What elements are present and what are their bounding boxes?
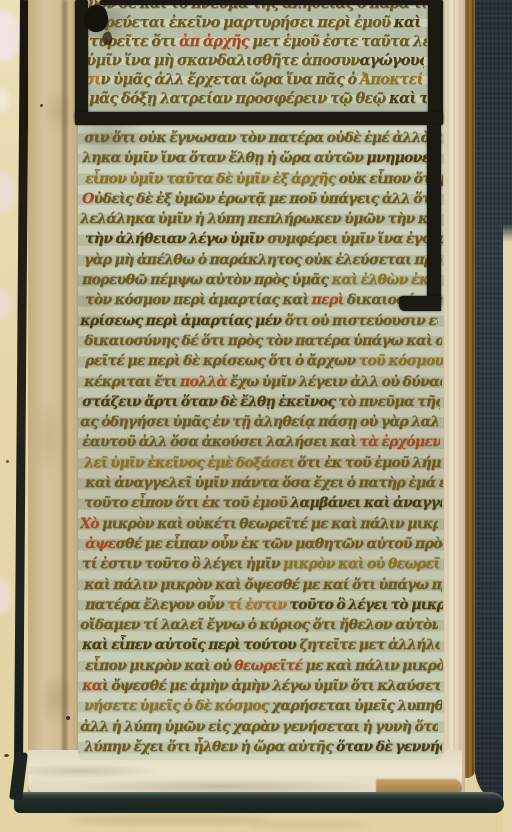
script-segment: κρίσεως περὶ ἁμαρτίας μέν: [80, 313, 284, 329]
script-segment: ν ὑμᾶς ἀλλ ἔρχεται ὥρα ἵνα πᾶς ὁ: [100, 71, 356, 88]
script-segment: ἀπ ἀρχῆς: [176, 33, 253, 50]
script-segment: καὶ πάλιν μικρὸν καὶ ὄψεσθέ με καί ὅτι ὑ…: [84, 577, 442, 593]
script-segment: τὴν ἀλήθειαν λέγω ὑμῖν: [85, 231, 267, 247]
script-segment: ὐδεὶς δὲ ἐξ ὑμῶν ἐρωτᾷ με ποῦ ὑπάγεις ἀλ…: [94, 191, 441, 207]
script-segment: κα: [82, 678, 102, 694]
background-stain: [0, 172, 14, 212]
script-segment: λελάληκα ὑμῖν ἡ λύπη πεπλήρωκεν ὑμῶν τὴν…: [80, 211, 438, 227]
script-segment: καὶ ἀναγγελεῖ ὑμῖν πάντα ὅσα ἔχει ὁ πατὴ…: [85, 475, 443, 491]
script-segment: σθέ με εἶπαν οὖν ἐκ τῶν μαθητῶν αὐτοῦ πρ…: [115, 536, 443, 552]
script-line: σιν ὅτι οὐκ ἔγνωσαν τὸν πατέρα οὐδὲ ἐμέ …: [84, 128, 442, 148]
ink-speck: [4, 754, 9, 757]
script-segment: θεωρεῖτέ: [231, 658, 305, 674]
book-cover-left-edge: [14, 0, 29, 797]
script-segment: μετ ἐμοῦ ἐστε ταῦτα λελάλ: [252, 33, 427, 50]
script-line: μᾶς δόξῃ λατρείαν προσφέρειν τῷ θεῷ καὶ …: [89, 89, 427, 108]
script-segment: ὅτι οὐ πιστεύουσιν εἰς ἐμέ περὶ: [284, 313, 438, 329]
script-segment: μικρὸν καὶ οὐ θεωρεῖτέ με: [283, 556, 440, 572]
script-segment: λύπην ἔχει ὅτι ἦλθεν ἡ ὥρα αὐτῆς: [84, 739, 336, 755]
script-line: στάζειν ἄρτι ὅταν δὲ ἔλθῃ ἐκεῖνος τὸ πνε…: [82, 392, 440, 412]
script-line: εἶπον μικρὸν καὶ οὐ θεωρεῖτέ με καὶ πάλι…: [85, 656, 443, 676]
script-segment: τί ἐστιν τοῦτο ὃ λέγει ἡμῖν: [82, 556, 283, 572]
script-segment: νήσετε ὑμεῖς ὁ δὲ κόσμος: [84, 698, 272, 714]
background-stain: [250, 821, 370, 829]
script-line: λελάληκα ὑμῖν ἡ λύπη πεπλήρωκεν ὑμῶν τὴν…: [80, 209, 438, 229]
script-segment: γὰρ μὴ ἀπέλθω ὁ παράκλητος οὐκ ἐλεύσεται…: [84, 252, 442, 268]
right-page-edge-strip: [441, 0, 465, 792]
script-segment: συμφέρει ὑμῖν ἵνα ἐγὼ ἀπέλθω ἐὰν: [267, 231, 443, 247]
script-line: σιν ὑμᾶς ἀλλ ἔρχεται ὥρα ἵνα πᾶς ὁ Ἀποκτ…: [84, 70, 422, 89]
script-segment: ἑαυτοῦ ἀλλ ὅσα ἀκούσει λαλήσει καὶ: [82, 434, 356, 450]
script-segment: ὶ ὄψεσθέ με ἀμὴν ἀμὴν λέγω ὑμῖν ὅτι κλαύ…: [102, 678, 440, 694]
background-stain: [0, 288, 10, 320]
background-stain: [0, 578, 12, 614]
script-segment: με καὶ πάλιν μικρὸν καὶ: [305, 658, 443, 674]
script-segment: τὰ ἐρχόμενα: [356, 434, 440, 450]
script-segment: τυρεῖτε ὅτι: [89, 33, 176, 50]
ink-speck: [6, 460, 9, 463]
background-stain: [0, 88, 10, 114]
frame-border-top: [100, 0, 438, 5]
script-line: καὶ πάλιν μικρὸν καὶ ὄψεσθέ με καί ὅτι ὑ…: [84, 575, 442, 595]
script-segment: ὑμῖν ἵνα μὴ σκανδαλισθῆτε ἀποσυν: [86, 52, 359, 69]
book-fore-edge-pages: [464, 0, 475, 778]
main-block-lines: σιν ὅτι οὐκ ἔγνωσαν τὸν πατέρα οὐδὲ ἐμέ …: [84, 128, 442, 757]
script-segment: τοῦτο ὃ λέγει τὸ μικρόν οὐκ: [289, 597, 443, 613]
frame-border-right-main: [427, 124, 441, 305]
ink-speck: [66, 716, 70, 720]
script-segment: τοῦτο εἶπον ὅτι ἐκ τοῦ ἐμοῦ: [84, 495, 290, 511]
script-line: ρεῖτέ με περὶ δὲ κρίσεως ὅτι ὁ ἄρχων τοῦ…: [85, 351, 443, 371]
script-line: λεῖ ὑμῖν ἐκεῖνος ἐμὲ δοξάσει ὅτι ἐκ τοῦ …: [84, 453, 442, 473]
script-line: καὶ εἶπεν αὐτοῖς περὶ τούτου ζητεῖτε μετ…: [82, 635, 440, 655]
script-segment: εἶπον ὑμῖν ταῦτα δὲ ὑμῖν ἐξ ἀρχῆς: [85, 171, 339, 187]
script-segment: χαρήσεται ὑμεῖς λυπηθήσεσθε: [272, 698, 442, 714]
script-segment: ἀλλ ἡ λύπη ὑμῶν εἰς χαρὰν γενήσεται ἡ γυ…: [80, 719, 438, 735]
script-segment: ὅταν δὲ γεννήσῃ τὸ παι: [336, 739, 442, 755]
script-segment: ας ὁδηγήσει ὑμᾶς ἐν τῇ ἀληθείᾳ πάσῃ οὐ γ…: [80, 414, 438, 430]
background-stain: [0, 10, 20, 62]
script-segment: πορευθῶ πέμψω αὐτὸν πρὸς ὑμᾶς: [82, 272, 331, 288]
page-crease-shadow: [60, 0, 69, 790]
script-line: πορεύεται ἐκεῖνο μαρτυρήσει περὶ ἐμοῦ κα…: [86, 13, 424, 32]
script-line: Οὐδεὶς δὲ ἐξ ὑμῶν ἐρωτᾷ με ποῦ ὑπάγεις ἀ…: [82, 189, 440, 209]
script-segment: καὶ ἐλθὼν ἐκεῖνος ἐλέγξει: [331, 272, 440, 288]
script-segment: καὶ εἶπεν αὐτοῖς περὶ τούτου: [82, 637, 299, 653]
script-segment: οἴδαμεν τί λαλεῖ ἔγνω ὁ κύριος ὅτι ἤθελο…: [80, 617, 438, 633]
upper-block-lines: νον δὲ καὶ τὸ πνεῦμα τῆς ἀληθείας ὃ παρὰ…: [88, 0, 426, 108]
script-line: ἀψεσθέ με εἶπαν οὖν ἐκ τῶν μαθητῶν αὐτοῦ…: [85, 534, 443, 554]
script-segment: μᾶς δόξῃ λατρείαν προσφέρειν τῷ θεῷ: [89, 90, 386, 107]
script-segment: ὅτι ἐκ τοῦ ἐμοῦ λήμψεται: [297, 455, 442, 471]
script-segment: αγώγους: [359, 52, 424, 69]
book-cover-bottom-band: [14, 792, 504, 813]
script-segment: πορεύεται ἐκεῖνο μαρτυρήσει περὶ ἐμοῦ: [86, 14, 394, 31]
script-segment: περὶ: [308, 292, 346, 308]
script-segment: μικρὸν καὶ οὐκέτι θεωρεῖτέ με καὶ πάλιν …: [102, 516, 438, 532]
script-line: ληκα ὑμῖν ἵνα ὅταν ἔλθῃ ἡ ὥρα αὐτῶν μνημ…: [82, 148, 440, 168]
script-segment: εἶπον μικρὸν καὶ οὐ: [85, 658, 231, 674]
left-page-margin: [28, 0, 80, 794]
script-segment: λαμβάνει καὶ ἀναγγελεῖ ὑμῖν: [290, 495, 442, 511]
script-line: ἑαυτοῦ ἀλλ ὅσα ἀκούσει λαλήσει καὶ τὰ ἐρ…: [82, 432, 440, 452]
frame-divider: [75, 112, 443, 125]
script-segment: Ἀποκτείνας ὑ: [356, 71, 422, 88]
script-segment: ζητεῖτε μετ ἀλλήλων ὅτι: [299, 637, 440, 653]
script-line: καὶ ἀναγγελεῖ ὑμῖν πάντα ὅσα ἔχει ὁ πατὴ…: [85, 473, 443, 493]
script-line: εἶπον ὑμῖν ταῦτα δὲ ὑμῖν ἐξ ἀρχῆς οὐκ εἶ…: [85, 169, 443, 189]
text-block-upper: νον δὲ καὶ τὸ πνεῦμα τῆς ἀληθείας ὃ παρὰ…: [80, 0, 432, 113]
script-segment: πολλὰ: [177, 374, 230, 390]
script-line: ας ὁδηγήσει ὑμᾶς ἐν τῇ ἀληθείᾳ πάσῃ οὐ γ…: [80, 412, 438, 432]
script-line: τὴν ἀλήθειαν λέγω ὑμῖν συμφέρει ὑμῖν ἵνα…: [85, 229, 443, 249]
script-line: κέκριται ἔτι πολλὰ ἔχω ὑμῖν λέγειν ἀλλ ο…: [84, 372, 442, 392]
script-segment: δικαιοσύνης δέ ὅτι πρὸς τὸν πατέρα ὑπάγω…: [84, 333, 442, 349]
script-segment: ἔχω ὑμῖν λέγειν ἀλλ οὐ δύνασθε βα: [230, 374, 442, 390]
script-segment: ἀψε: [85, 536, 115, 552]
background-stain: [70, 814, 270, 826]
script-segment: ληκα ὑμῖν ἵνα ὅταν ἔλθῃ ἡ ὥρα αὐτῶν: [82, 150, 366, 166]
script-segment: καὶ ταῦτα ποιή: [386, 90, 427, 107]
script-segment: τὸ πνεῦμα τῆς ἀληθεί: [338, 394, 440, 410]
script-segment: κέκριται ἔτι: [84, 374, 177, 390]
script-segment: τοῦ κόσμου τούτου: [359, 353, 443, 369]
script-line: τοῦτο εἶπον ὅτι ἐκ τοῦ ἐμοῦ λαμβάνει καὶ…: [84, 493, 442, 513]
script-line: πατέρα ἔλεγον οὖν τί ἐστιν τοῦτο ὃ λέγει…: [85, 595, 443, 615]
script-segment: Ο: [82, 191, 94, 207]
background-sliver-right: [503, 224, 512, 832]
script-line: κρίσεως περὶ ἁμαρτίας μέν ὅτι οὐ πιστεύο…: [80, 311, 438, 331]
script-line: οἴδαμεν τί λαλεῖ ἔγνω ὁ κύριος ὅτι ἤθελο…: [80, 615, 438, 635]
frame-border-hook: [399, 296, 441, 311]
script-line: ἀλλ ἡ λύπη ὑμῶν εἰς χαρὰν γενήσεται ἡ γυ…: [80, 717, 438, 737]
script-segment: λεῖ ὑμῖν ἐκεῖνος ἐμὲ δοξάσει: [84, 455, 297, 471]
script-line: καὶ ὄψεσθέ με ἀμὴν ἀμὴν λέγω ὑμῖν ὅτι κλ…: [82, 676, 440, 696]
frame-border-right-upper: [428, 0, 443, 124]
script-line: γὰρ μὴ ἀπέλθω ὁ παράκλητος οὐκ ἐλεύσεται…: [84, 250, 442, 270]
manuscript-photo: νον δὲ καὶ τὸ πνεῦμα τῆς ἀληθείας ὃ παρὰ…: [0, 0, 512, 832]
script-segment: Χὸ: [80, 516, 102, 532]
script-segment: τὸν κόσμον περὶ ἁμαρτίας καὶ: [85, 292, 308, 308]
text-block-main: σιν ὅτι οὐκ ἔγνωσαν τὸν πατέρα οὐδὲ ἐμέ …: [78, 124, 444, 760]
script-line: νήσετε ὑμεῖς ὁ δὲ κόσμος χαρήσεται ὑμεῖς…: [84, 696, 442, 716]
script-segment: καὶ ὑμεῖς δὲ μαρ: [394, 14, 424, 31]
script-segment: πατέρα ἔλεγον οὖν: [85, 597, 224, 613]
script-line: Χὸ μικρὸν καὶ οὐκέτι θεωρεῖτέ με καὶ πάλ…: [80, 514, 438, 534]
script-line: τί ἐστιν τοῦτο ὃ λέγει ἡμῖν μικρὸν καὶ ο…: [82, 554, 440, 574]
script-segment: ρεῖτέ με περὶ δὲ κρίσεως ὅτι ὁ ἄρχων: [85, 353, 359, 369]
script-line: πορευθῶ πέμψω αὐτὸν πρὸς ὑμᾶς καὶ ἐλθὼν …: [82, 270, 440, 290]
script-segment: σιν ὅτι οὐκ ἔγνωσαν τὸν πατέρα οὐδὲ ἐμέ …: [84, 130, 442, 146]
ink-speck: [40, 104, 43, 107]
script-line: τυρεῖτε ὅτι ἀπ ἀρχῆς μετ ἐμοῦ ἐστε ταῦτα…: [89, 32, 427, 51]
script-segment: στάζειν ἄρτι ὅταν δὲ ἔλθῃ ἐκεῖνος: [82, 394, 338, 410]
script-line: ὑμῖν ἵνα μὴ σκανδαλισθῆτε ἀποσυναγώγους …: [86, 51, 424, 70]
script-line: τὸν κόσμον περὶ ἁμαρτίας καὶ περὶ δικαιο…: [85, 290, 443, 310]
script-line: δικαιοσύνης δέ ὅτι πρὸς τὸν πατέρα ὑπάγω…: [84, 331, 442, 351]
script-line: λύπην ἔχει ὅτι ἦλθεν ἡ ὥρα αὐτῆς ὅταν δὲ…: [84, 737, 442, 757]
script-segment: τί ἐστιν: [224, 597, 290, 613]
